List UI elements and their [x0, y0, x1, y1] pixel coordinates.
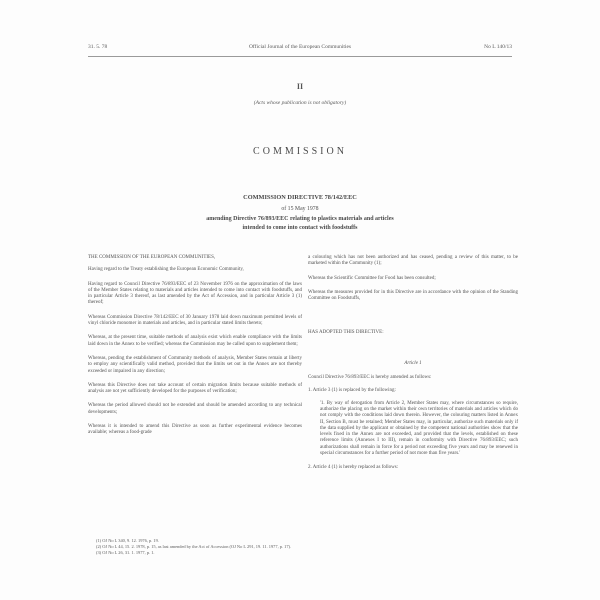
section-note: (Acts whose publication is not obligator… — [0, 100, 600, 106]
paragraph-continuation: a colouring which has not been authorize… — [308, 255, 518, 268]
has-adopted-line: HAS ADOPTED THIS DIRECTIVE: — [308, 330, 518, 336]
quoted-article-text: '1. By way of derogation from Article 2,… — [308, 401, 518, 458]
scanned-journal-page: 31. 5. 78 Official Journal of the Europe… — [0, 0, 600, 600]
commission-heading: COMMISSION — [0, 146, 600, 157]
right-column: a colouring which has not been authorize… — [308, 255, 518, 480]
paragraph-whereas-3: Whereas, pending the establishment of Co… — [88, 356, 302, 375]
footnotes-block: (1) OJ No L 340, 9. 12. 1976, p. 19. (2)… — [96, 538, 306, 556]
paragraph-whereas-2: Whereas, at the present time, suitable m… — [88, 335, 302, 348]
amendment-item-1: 1. Article 3 (1) is replaced by the foll… — [308, 388, 518, 394]
directive-subject-line2: intended to come into contact with foods… — [0, 225, 600, 231]
paragraph-standing-committee: Whereas the measures provided for in thi… — [308, 290, 518, 303]
paragraph-whereas-6: Whereas it is intended to amend this Dir… — [88, 424, 302, 437]
paragraph-whereas-4: Whereas this Directive does not take acc… — [88, 383, 302, 396]
header-rule — [88, 56, 512, 57]
paragraph-having-regard-treaty: Having regard to the Treaty establishing… — [88, 267, 302, 273]
directive-subject-line1: amending Directive 76/893/EEC relating t… — [0, 216, 600, 222]
amendment-item-2: 2. Article 4 (1) is hereby replaced as f… — [308, 465, 518, 471]
page-scan-area: 31. 5. 78 Official Journal of the Europe… — [0, 0, 600, 600]
paragraph-scientific-committee: Whereas the Scientific Committee for Foo… — [308, 276, 518, 282]
paragraph-whereas-1: Whereas Commission Directive 78/142/EEC … — [88, 315, 302, 328]
article-1-heading: Article 1 — [308, 361, 518, 367]
left-column: THE COMMISSION OF THE EUROPEAN COMMUNITI… — [88, 255, 302, 445]
amendment-intro: Council Directive 76/893/EEC is hereby a… — [308, 375, 518, 381]
footnote-3: (3) OJ No L 26, 31. 1. 1977, p. 1. — [96, 550, 306, 556]
paragraph-whereas-5: Whereas the period allowed should not be… — [88, 403, 302, 416]
section-numeral: II — [0, 82, 600, 91]
directive-date-line: of 15 May 1978 — [0, 206, 600, 212]
footnote-2: (2) OJ No L 44, 15. 2. 1978, p. 15, as l… — [96, 544, 306, 550]
header-page-number: No L 140/13 — [484, 44, 512, 50]
paragraph-commission-opening: THE COMMISSION OF THE EUROPEAN COMMUNITI… — [88, 255, 302, 261]
directive-title: COMMISSION DIRECTIVE 78/142/EEC — [0, 194, 600, 201]
paragraph-having-regard-directive: Having regard to Council Directive 76/89… — [88, 282, 302, 307]
